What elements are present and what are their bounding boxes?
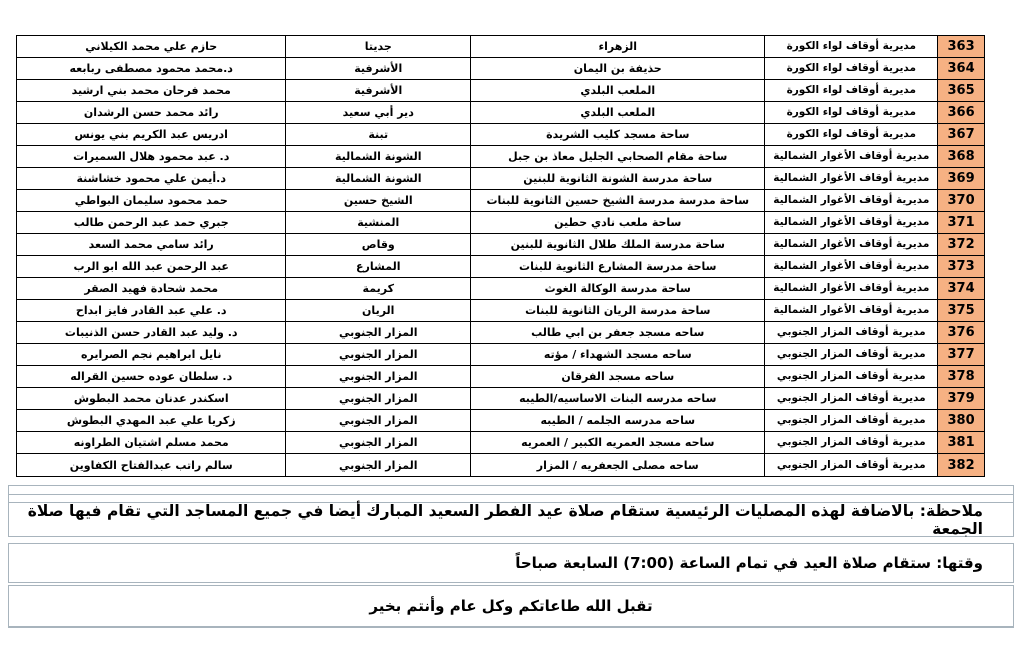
prayer-location-cell: ساحة مدرسة الريان الثانوية للبنات (470, 300, 764, 321)
district-cell: تبنة (285, 124, 470, 145)
prayer-time-row: وقتها: ستقام صلاة العيد في تمام الساعة (… (8, 543, 1014, 583)
directorate-cell: مديرية أوقاف المزار الجنوبي (764, 410, 937, 431)
table-row: 371مديرية أوقاف الأغوار الشماليةساحة ملع… (17, 212, 984, 234)
directorate-cell: مديرية أوقاف المزار الجنوبي (764, 366, 937, 387)
prayer-location-cell: ساحه مسجد العمريه الكبير / العمريه (470, 432, 764, 453)
closing-row: تقبل الله طاعاتكم وكل عام وأنتم بخير (8, 585, 1014, 628)
district-cell: المزار الجنوبي (285, 454, 470, 476)
imam-name-cell: د. وليد عبد القادر حسن الذنيبات (17, 322, 285, 343)
table-row: 370مديرية أوقاف الأغوار الشماليةساحة مدر… (17, 190, 984, 212)
row-number-cell: 374 (937, 278, 984, 299)
prayer-location-cell: حذيفة بن اليمان (470, 58, 764, 79)
table-row: 381مديرية أوقاف المزار الجنوبيساحه مسجد … (17, 432, 984, 454)
row-number-cell: 376 (937, 322, 984, 343)
imam-name-cell: د. سلطان عوده حسين القراله (17, 366, 285, 387)
prayer-location-cell: ساحة مدرسة الشونة الثانوية للبنين (470, 168, 764, 189)
table-row: 364مديرية أوقاف لواء الكورةحذيفة بن اليم… (17, 58, 984, 80)
row-number-cell: 371 (937, 212, 984, 233)
closing-text: تقبل الله طاعاتكم وكل عام وأنتم بخير (369, 597, 652, 615)
directorate-cell: مديرية أوقاف المزار الجنوبي (764, 454, 937, 476)
imam-name-cell: زكريا علي عبد المهدي البطوش (17, 410, 285, 431)
district-cell: الأشرفية (285, 80, 470, 101)
district-cell: الشيخ حسين (285, 190, 470, 211)
table-row: 368مديرية أوقاف الأغوار الشماليةساحة مقا… (17, 146, 984, 168)
table-row: 382مديرية أوقاف المزار الجنوبيساحه مصلى … (17, 454, 984, 476)
row-number-cell: 382 (937, 454, 984, 476)
imam-name-cell: د.محمد محمود مصطفى ربابعه (17, 58, 285, 79)
prayer-location-cell: ساحة مدرسة الوكالة الغوث (470, 278, 764, 299)
imam-name-cell: محمد مسلم اشتيان الطراونه (17, 432, 285, 453)
table-row: 375مديرية أوقاف الأغوار الشماليةساحة مدر… (17, 300, 984, 322)
table-row: 377مديرية أوقاف المزار الجنوبيساحه مسجد … (17, 344, 984, 366)
table-row: 372مديرية أوقاف الأغوار الشماليةساحة مدر… (17, 234, 984, 256)
imam-name-cell: جبري حمد عبد الرحمن طالب (17, 212, 285, 233)
row-number-cell: 370 (937, 190, 984, 211)
prayer-location-cell: ساحة مدرسة مدرسة الشيخ حسين الثانوية للب… (470, 190, 764, 211)
district-cell: المشارع (285, 256, 470, 277)
imam-name-cell: محمد فرحان محمد بني ارشيد (17, 80, 285, 101)
district-cell: الشونة الشمالية (285, 146, 470, 167)
row-number-cell: 369 (937, 168, 984, 189)
prayer-location-cell: ساحه مدرسه الجلمه / الطيبه (470, 410, 764, 431)
district-cell: الأشرفية (285, 58, 470, 79)
district-cell: جديتا (285, 36, 470, 57)
directorate-cell: مديرية أوقاف الأغوار الشمالية (764, 168, 937, 189)
directorate-cell: مديرية أوقاف لواء الكورة (764, 102, 937, 123)
district-cell: المنشية (285, 212, 470, 233)
prayer-location-cell: ساحه مدرسه البنات الاساسيه/الطيبه (470, 388, 764, 409)
directorate-cell: مديرية أوقاف الأغوار الشمالية (764, 212, 937, 233)
imam-name-cell: عبد الرحمن عبد الله ابو الرب (17, 256, 285, 277)
prayer-location-cell: الملعب البلدي (470, 80, 764, 101)
row-number-cell: 375 (937, 300, 984, 321)
district-cell: المزار الجنوبي (285, 366, 470, 387)
directorate-cell: مديرية أوقاف لواء الكورة (764, 124, 937, 145)
table-row: 365مديرية أوقاف لواء الكورةالملعب البلدي… (17, 80, 984, 102)
row-number-cell: 377 (937, 344, 984, 365)
directorate-cell: مديرية أوقاف لواء الكورة (764, 80, 937, 101)
table-row: 380مديرية أوقاف المزار الجنوبيساحه مدرسه… (17, 410, 984, 432)
imam-name-cell: اسكندر عدنان محمد البطوش (17, 388, 285, 409)
prayer-location-cell: ساحة مدرسة الملك طلال الثانوية للبنين (470, 234, 764, 255)
prayer-location-cell: ساحه مسجد جعفر بن ابي طالب (470, 322, 764, 343)
district-cell: كريمة (285, 278, 470, 299)
table-row: 373مديرية أوقاف الأغوار الشماليةساحة مدر… (17, 256, 984, 278)
district-cell: الشونة الشمالية (285, 168, 470, 189)
document-page: 363مديرية أوقاف لواء الكورةالزهراءجديتاح… (0, 0, 1024, 654)
district-cell: وقاص (285, 234, 470, 255)
table-row: 374مديرية أوقاف الأغوار الشماليةساحة مدر… (17, 278, 984, 300)
row-number-cell: 363 (937, 36, 984, 57)
directorate-cell: مديرية أوقاف لواء الكورة (764, 36, 937, 57)
district-cell: المزار الجنوبي (285, 432, 470, 453)
row-number-cell: 367 (937, 124, 984, 145)
row-number-cell: 364 (937, 58, 984, 79)
district-cell: دير أبي سعيد (285, 102, 470, 123)
imam-name-cell: رائد محمد حسن الرشدان (17, 102, 285, 123)
prayer-location-cell: ساحة ملعب نادي حطين (470, 212, 764, 233)
eid-prayer-locations-table: 363مديرية أوقاف لواء الكورةالزهراءجديتاح… (16, 35, 985, 477)
table-row: 369مديرية أوقاف الأغوار الشماليةساحة مدر… (17, 168, 984, 190)
row-number-cell: 379 (937, 388, 984, 409)
table-row: 367مديرية أوقاف لواء الكورةساحة مسجد كلي… (17, 124, 984, 146)
imam-name-cell: ادريس عبد الكريم بني يونس (17, 124, 285, 145)
directorate-cell: مديرية أوقاف المزار الجنوبي (764, 322, 937, 343)
directorate-cell: مديرية أوقاف الأغوار الشمالية (764, 278, 937, 299)
prayer-time-text: وقتها: ستقام صلاة العيد في تمام الساعة (… (515, 554, 983, 572)
directorate-cell: مديرية أوقاف الأغوار الشمالية (764, 234, 937, 255)
row-number-cell: 373 (937, 256, 984, 277)
prayer-location-cell: ساحه مصلى الجعفريه / المزار (470, 454, 764, 476)
row-number-cell: 365 (937, 80, 984, 101)
directorate-cell: مديرية أوقاف لواء الكورة (764, 58, 937, 79)
table-row: 379مديرية أوقاف المزار الجنوبيساحه مدرسه… (17, 388, 984, 410)
row-number-cell: 381 (937, 432, 984, 453)
directorate-cell: مديرية أوقاف الأغوار الشمالية (764, 146, 937, 167)
imam-name-cell: رائد سامي محمد السعد (17, 234, 285, 255)
prayer-location-cell: ساحه مسجد الشهداء / مؤته (470, 344, 764, 365)
directorate-cell: مديرية أوقاف المزار الجنوبي (764, 432, 937, 453)
table-row: 366مديرية أوقاف لواء الكورةالملعب البلدي… (17, 102, 984, 124)
prayer-location-cell: ساحة مقام الصحابي الجليل معاذ بن جبل (470, 146, 764, 167)
prayer-location-cell: الملعب البلدي (470, 102, 764, 123)
note-text: ملاحظة: بالاضافة لهذه المصليات الرئيسية … (19, 502, 983, 538)
directorate-cell: مديرية أوقاف المزار الجنوبي (764, 388, 937, 409)
table-row: 376مديرية أوقاف المزار الجنوبيساحه مسجد … (17, 322, 984, 344)
prayer-location-cell: ساحة مدرسة المشارع الثانوية للبنات (470, 256, 764, 277)
prayer-location-cell: ساحه مسجد الفرقان (470, 366, 764, 387)
table-row: 378مديرية أوقاف المزار الجنوبيساحه مسجد … (17, 366, 984, 388)
directorate-cell: مديرية أوقاف الأغوار الشمالية (764, 300, 937, 321)
imam-name-cell: حمد محمود سليمان البواطي (17, 190, 285, 211)
directorate-cell: مديرية أوقاف المزار الجنوبي (764, 344, 937, 365)
imam-name-cell: سالم راتب عبدالفتاح الكفاوين (17, 454, 285, 476)
district-cell: المزار الجنوبي (285, 344, 470, 365)
imam-name-cell: حازم علي محمد الكيلاني (17, 36, 285, 57)
table-row: 363مديرية أوقاف لواء الكورةالزهراءجديتاح… (17, 36, 984, 58)
prayer-location-cell: الزهراء (470, 36, 764, 57)
row-number-cell: 366 (937, 102, 984, 123)
district-cell: المزار الجنوبي (285, 388, 470, 409)
district-cell: الريان (285, 300, 470, 321)
imam-name-cell: د. عبد محمود هلال السميرات (17, 146, 285, 167)
imam-name-cell: د.أيمن علي محمود خشاشنة (17, 168, 285, 189)
imam-name-cell: نايل ابراهيم نجم الصرايره (17, 344, 285, 365)
prayer-location-cell: ساحة مسجد كليب الشريدة (470, 124, 764, 145)
directorate-cell: مديرية أوقاف الأغوار الشمالية (764, 256, 937, 277)
row-number-cell: 378 (937, 366, 984, 387)
imam-name-cell: د. علي عبد القادر فايز ابداح (17, 300, 285, 321)
row-number-cell: 380 (937, 410, 984, 431)
imam-name-cell: محمد شحادة فهيد الصقر (17, 278, 285, 299)
district-cell: المزار الجنوبي (285, 322, 470, 343)
note-row: ملاحظة: بالاضافة لهذه المصليات الرئيسية … (8, 502, 1014, 537)
district-cell: المزار الجنوبي (285, 410, 470, 431)
directorate-cell: مديرية أوقاف الأغوار الشمالية (764, 190, 937, 211)
row-number-cell: 372 (937, 234, 984, 255)
row-number-cell: 368 (937, 146, 984, 167)
